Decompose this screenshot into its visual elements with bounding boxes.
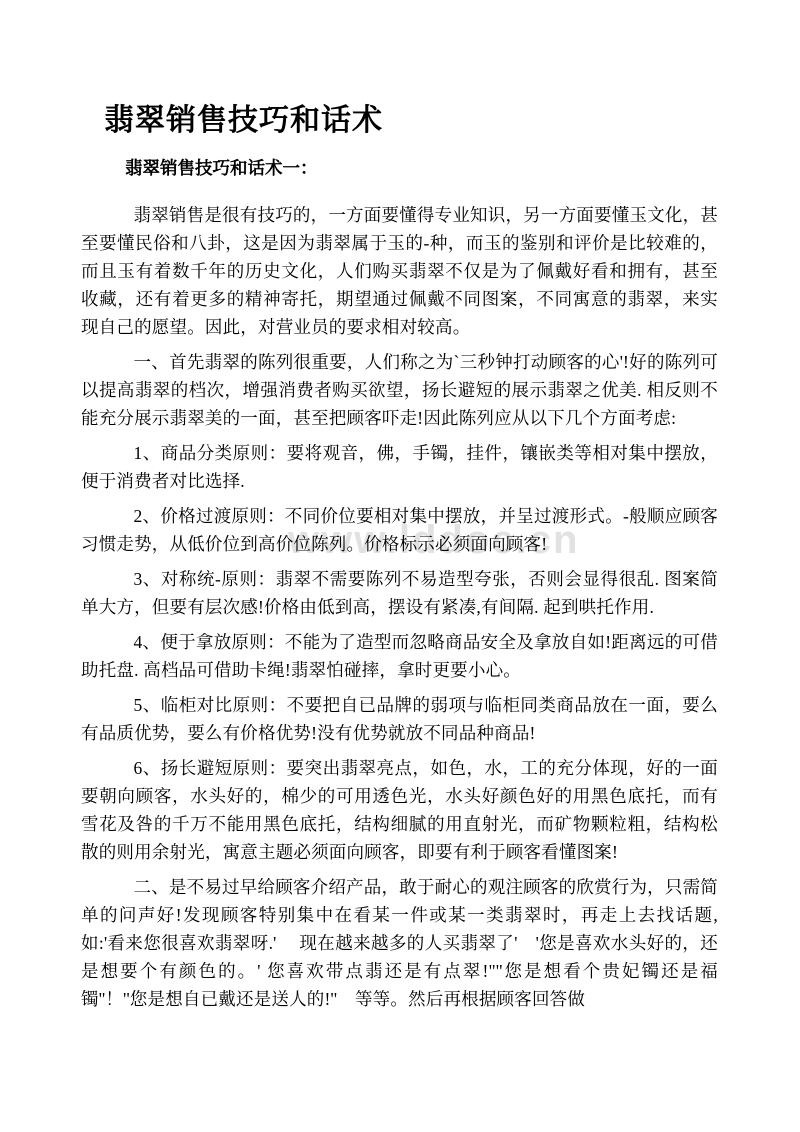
paragraph-rule-5: 5、临柜对比原则：不要把自已品牌的弱项与临柜同类商品放在一面，要么有品质优势，要…	[81, 691, 718, 747]
paragraph-point-one: 一、首先翡翠的陈列很重要，人们称之为`三秒钟打动顾客的心'!好的陈列可以提高翡翠…	[81, 348, 718, 432]
paragraph-rule-3: 3、对称统-原则：翡翠不需要陈列不易造型夸张，否则会显得很乱. 图案简单大方，但…	[81, 565, 718, 621]
paragraph-rule-4: 4、便于拿放原则：不能为了造型而忽略商品安全及拿放自如!距离远的可借助托盘. 高…	[81, 628, 718, 684]
document-title: 翡翠销售技巧和话术	[104, 105, 718, 137]
paragraph-rule-2: 2、价格过渡原则：不同价位要相对集中摆放，并呈过渡形式。-般顺应顾客习惯走势，从…	[81, 502, 718, 558]
document-content: 翡翠销售技巧和话术 翡翠销售技巧和话术一： 翡翠销售是很有技巧的，一方面要懂得专…	[0, 0, 800, 1013]
page: www.lddoc.cn 翡翠销售技巧和话术 翡翠销售技巧和话术一： 翡翠销售是…	[0, 0, 800, 1132]
paragraph-intro: 翡翠销售是很有技巧的，一方面要懂得专业知识，另一方面要懂玉文化，甚至要懂民俗和八…	[81, 201, 718, 341]
section-heading: 翡翠销售技巧和话术一：	[125, 159, 718, 177]
paragraph-rule-6: 6、扬长避短原则：要突出翡翠亮点，如色，水，工的充分体现，好的一面要朝向顾客，水…	[81, 754, 718, 866]
paragraph-point-two: 二、是不易过早给顾客介绍产品，敢于耐心的观注顾客的欣赏行为，只需简单的问声好!发…	[81, 873, 718, 1013]
paragraph-rule-1: 1、商品分类原则：要将观音，佛，手镯，挂件，镶嵌类等相对集中摆放，便于消费者对比…	[81, 439, 718, 495]
